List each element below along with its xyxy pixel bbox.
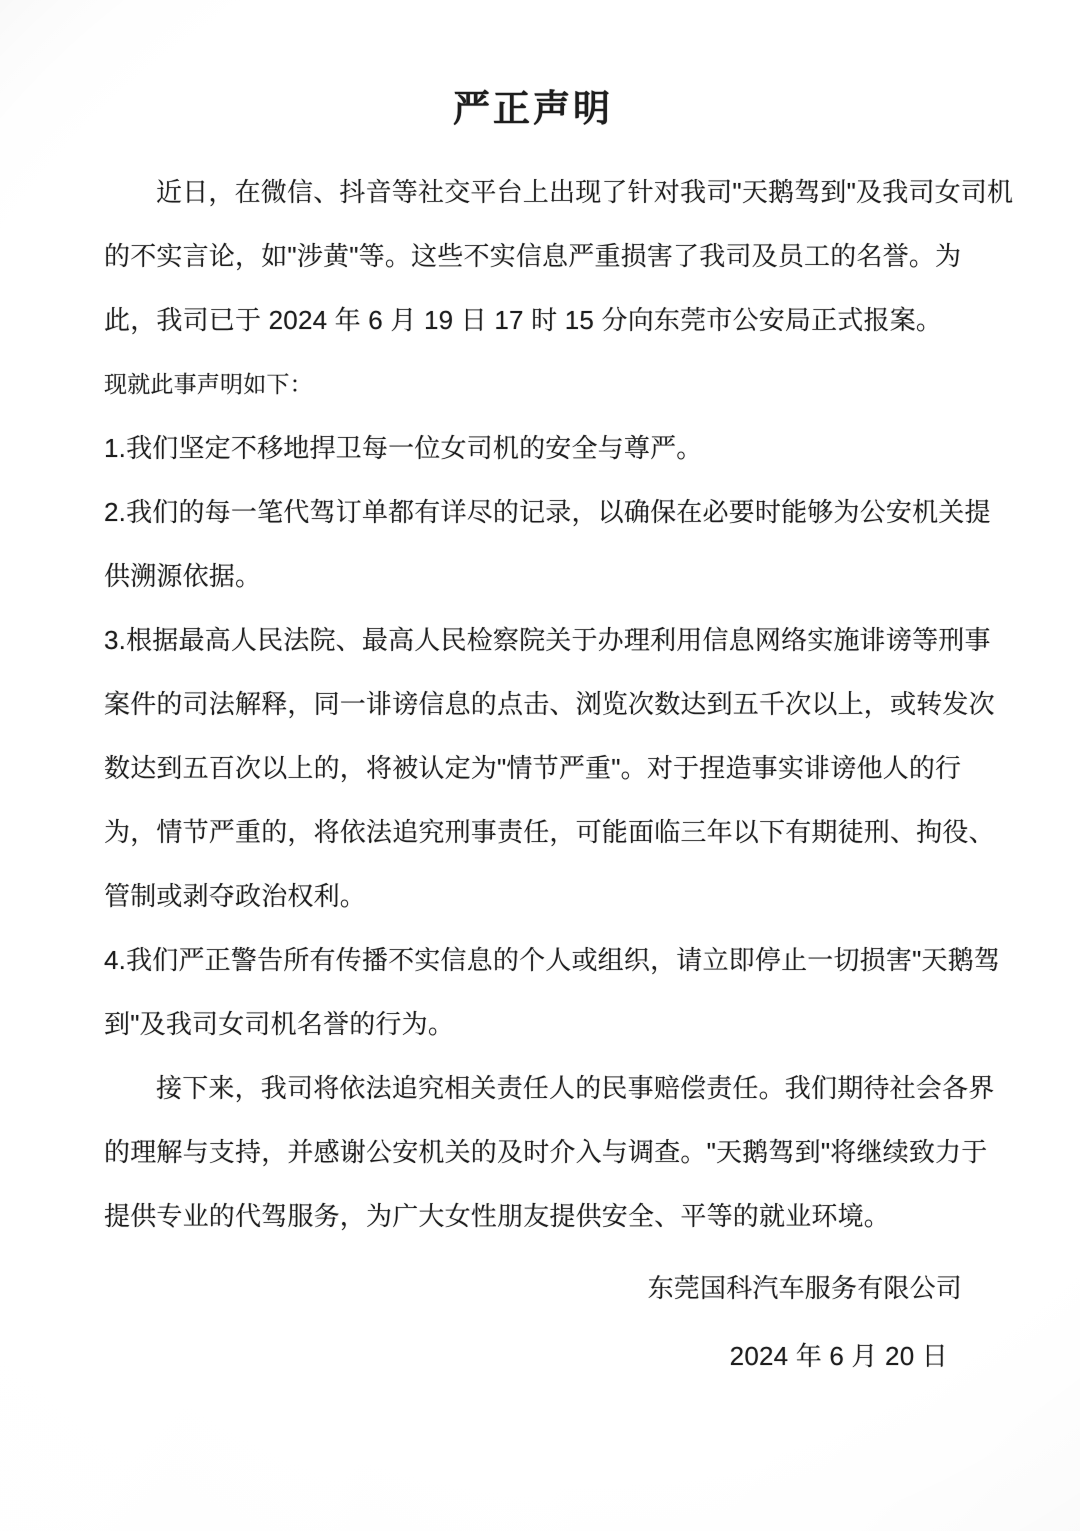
- text-line: 4.我们严正警告所有传播不实信息的个人或组织，请立即停止一切损害"天鹅驾: [104, 928, 962, 992]
- paragraph-item-1: 1.我们坚定不移地捍卫每一位女司机的安全与尊严。: [104, 416, 962, 480]
- signature-company: 东莞国科汽车服务有限公司: [104, 1256, 962, 1320]
- paragraph-item-3: 3.根据最高人民法院、最高人民检察院关于办理利用信息网络实施诽谤等刑事 案件的司…: [104, 608, 962, 928]
- text-line: 为，情节严重的，将依法追究刑事责任，可能面临三年以下有期徒刑、拘役、: [104, 800, 962, 864]
- signature-date: 2024 年 6 月 20 日: [104, 1324, 962, 1388]
- text-line: 此，我司已于 2024 年 6 月 19 日 17 时 15 分向东莞市公安局正…: [104, 288, 962, 352]
- text-line: 供溯源依据。: [104, 544, 962, 608]
- paragraph-item-4: 4.我们严正警告所有传播不实信息的个人或组织，请立即停止一切损害"天鹅驾 到"及…: [104, 928, 962, 1056]
- text-line: 的理解与支持，并感谢公安机关的及时介入与调查。"天鹅驾到"将继续致力于: [104, 1120, 962, 1184]
- text-line: 提供专业的代驾服务，为广大女性朋友提供安全、平等的就业环境。: [104, 1184, 962, 1248]
- text-line: 1.我们坚定不移地捍卫每一位女司机的安全与尊严。: [104, 416, 962, 480]
- text-line: 现就此事声明如下：: [104, 352, 962, 416]
- statement-content: 严正声明 近日，在微信、抖音等社交平台上出现了针对我司"天鹅驾到"及我司女司机 …: [104, 84, 962, 1388]
- text-line: 管制或剥夺政治权利。: [104, 864, 962, 928]
- paragraph-declaration-lead: 现就此事声明如下：: [104, 352, 962, 416]
- text-line: 数达到五百次以上的，将被认定为"情节严重"。对于捏造事实诽谤他人的行: [104, 736, 962, 800]
- text-line: 3.根据最高人民法院、最高人民检察院关于办理利用信息网络实施诽谤等刑事: [104, 608, 962, 672]
- paragraph-item-2: 2.我们的每一笔代驾订单都有详尽的记录，以确保在必要时能够为公安机关提 供溯源依…: [104, 480, 962, 608]
- text-line: 的不实言论，如"涉黄"等。这些不实信息严重损害了我司及员工的名誉。为: [104, 224, 962, 288]
- text-line: 案件的司法解释，同一诽谤信息的点击、浏览次数达到五千次以上，或转发次: [104, 672, 962, 736]
- text-line: 到"及我司女司机名誉的行为。: [104, 992, 962, 1056]
- text-line: 近日，在微信、抖音等社交平台上出现了针对我司"天鹅驾到"及我司女司机: [104, 160, 962, 224]
- text-line: 2.我们的每一笔代驾订单都有详尽的记录，以确保在必要时能够为公安机关提: [104, 480, 962, 544]
- paragraph-intro: 近日，在微信、抖音等社交平台上出现了针对我司"天鹅驾到"及我司女司机 的不实言论…: [104, 160, 962, 352]
- signature-block: 东莞国科汽车服务有限公司 2024 年 6 月 20 日: [104, 1256, 962, 1388]
- scanned-statement-page: 严正声明 近日，在微信、抖音等社交平台上出现了针对我司"天鹅驾到"及我司女司机 …: [0, 0, 1080, 1531]
- text-line: 接下来，我司将依法追究相关责任人的民事赔偿责任。我们期待社会各界: [104, 1056, 962, 1120]
- page-title: 严正声明: [104, 84, 962, 134]
- paragraph-closing: 接下来，我司将依法追究相关责任人的民事赔偿责任。我们期待社会各界 的理解与支持，…: [104, 1056, 962, 1248]
